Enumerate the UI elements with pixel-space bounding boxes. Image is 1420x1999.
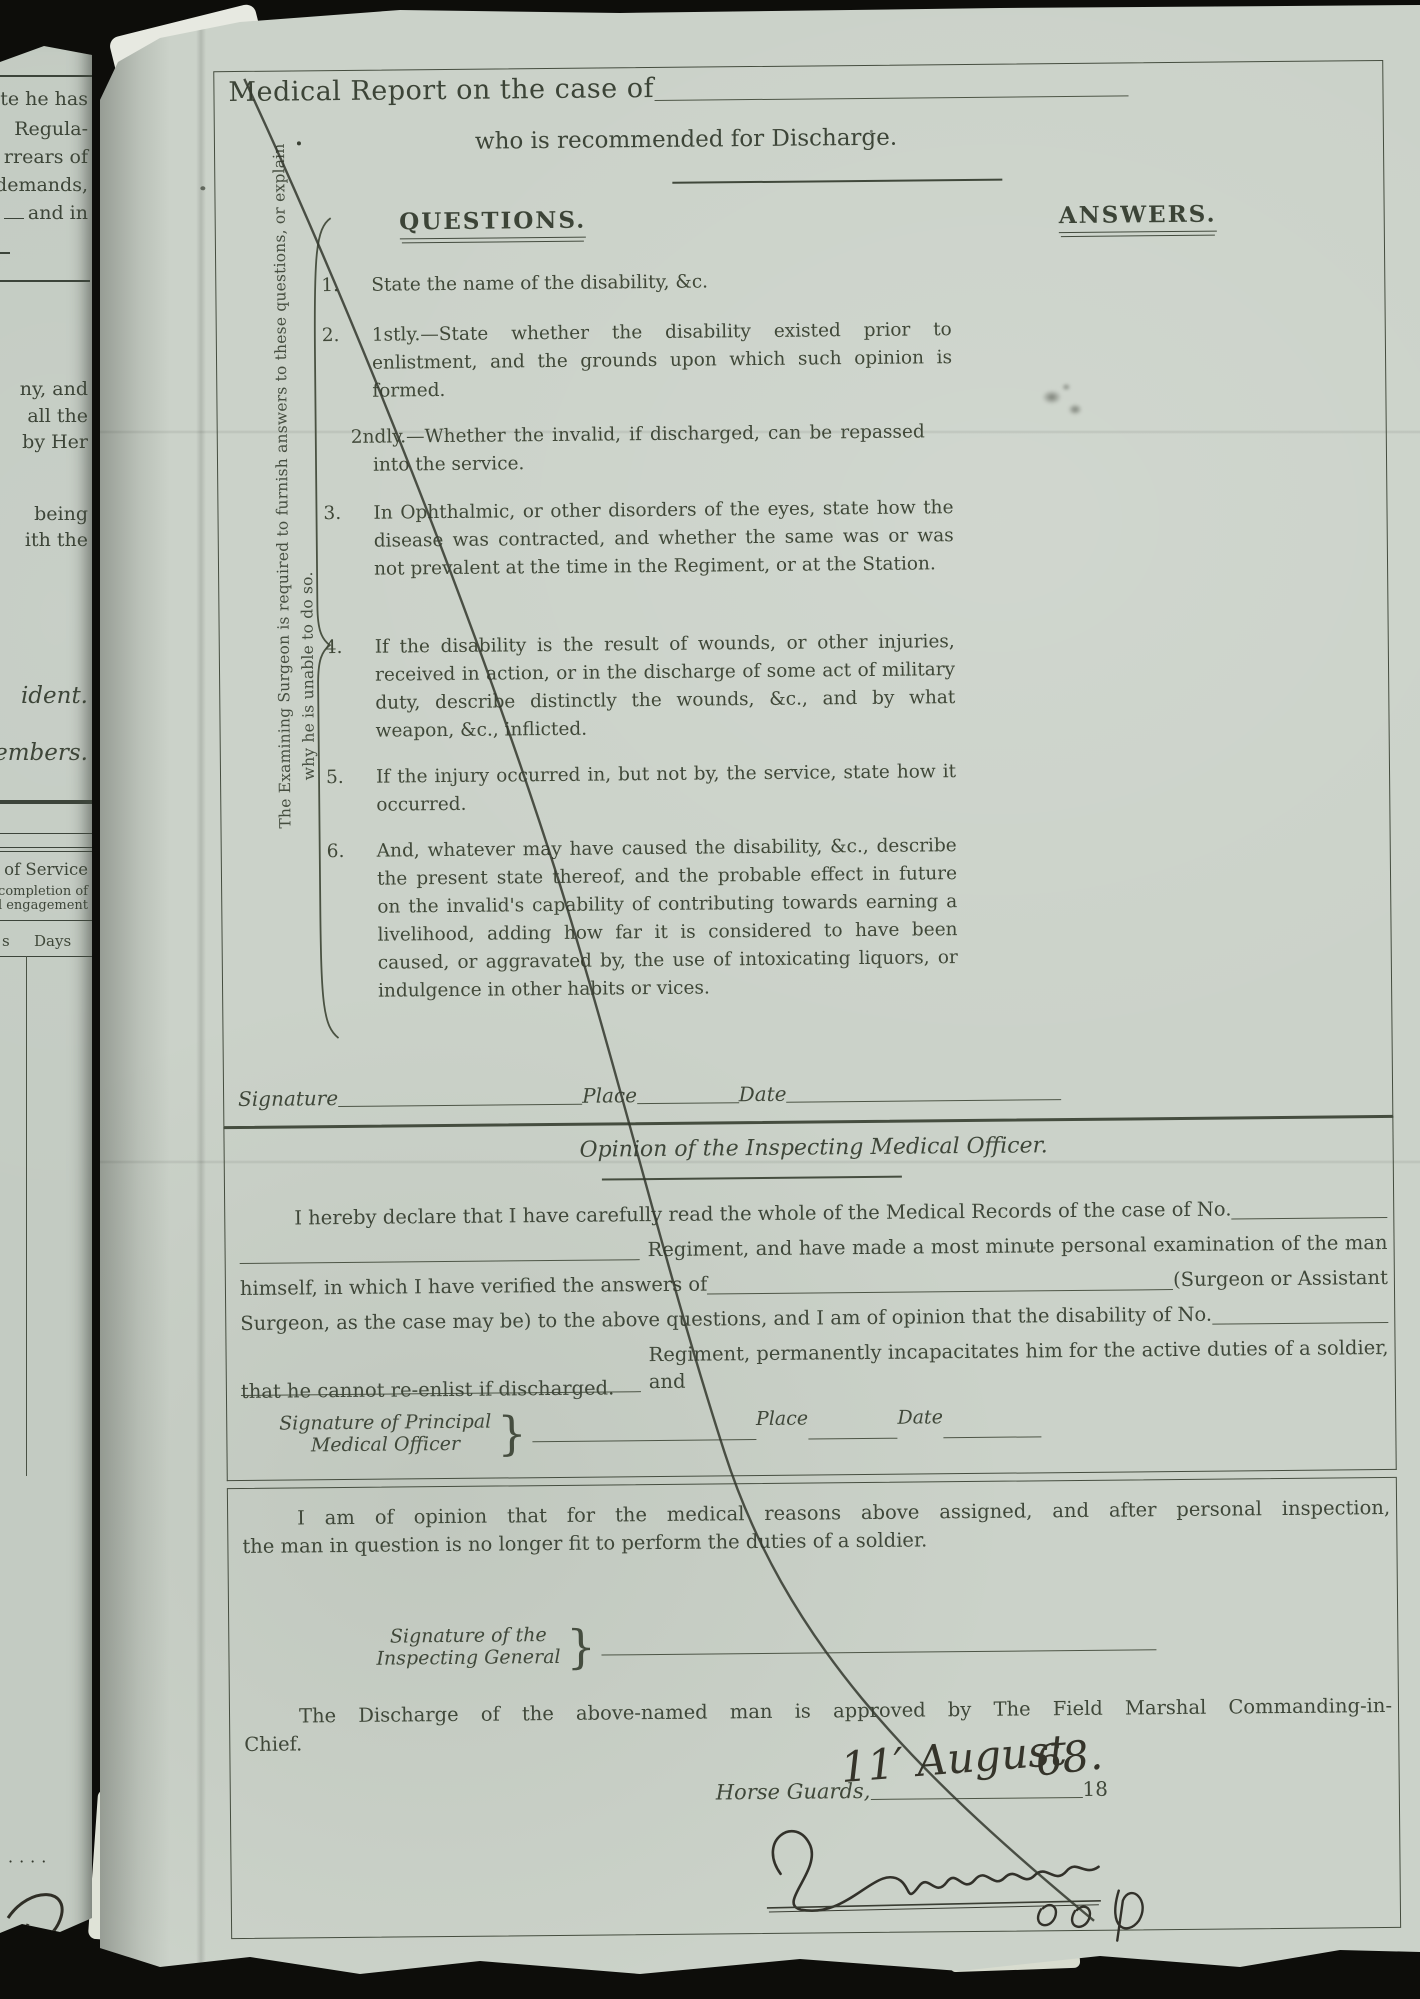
fragment-line: ith the bbox=[25, 529, 88, 551]
pmo-signature-blank bbox=[533, 1437, 756, 1442]
fragment-line: Members. bbox=[0, 740, 88, 766]
table-column-line bbox=[26, 956, 27, 1476]
fragment-line: Regula- bbox=[14, 118, 88, 140]
signature-blank-line bbox=[338, 1102, 582, 1107]
fragment-rule bbox=[0, 847, 92, 848]
left-page-fragment: te he has Regula- rrears of demands, and… bbox=[0, 40, 92, 1965]
question-item-5: 5.If the injury occurred in, but not by,… bbox=[326, 758, 957, 820]
form-title: Medical Report on the case of bbox=[228, 73, 654, 108]
fragment-line: ident. bbox=[21, 683, 88, 709]
question-number: 6. bbox=[327, 838, 377, 866]
service-table-days-header: Days bbox=[34, 932, 71, 950]
inspecting-general-blank bbox=[602, 1647, 1157, 1655]
opinion-line-3b: (Surgeon or Assistant bbox=[1173, 1264, 1388, 1293]
blank-name-line bbox=[654, 93, 1128, 101]
form-subtitle: who is recommended for Discharge. bbox=[475, 125, 897, 155]
printed-year: 18 bbox=[1082, 1777, 1108, 1801]
handwritten-initials bbox=[1027, 1882, 1168, 1945]
fragment-line: ny, and bbox=[20, 378, 88, 400]
ink-smudge bbox=[1034, 377, 1092, 428]
principal-mo-signature-label: Signature of PrincipalMedical Officer bbox=[279, 1411, 491, 1457]
case-number-blank-2 bbox=[1212, 1320, 1388, 1325]
question-number: 1. bbox=[321, 272, 371, 300]
main-page: Medical Report on the case of who is rec… bbox=[100, 0, 1420, 1999]
fragment-line: rrears of bbox=[4, 146, 88, 168]
question-number: 3. bbox=[323, 500, 373, 528]
question-item-2: 2.1stly.—State whether the disability ex… bbox=[322, 316, 953, 406]
fragment-rule bbox=[0, 851, 92, 852]
date-label: Date bbox=[739, 1082, 787, 1106]
case-number-blank bbox=[1232, 1215, 1388, 1219]
question-item-4: 4.If the disability is the result of wou… bbox=[325, 628, 956, 746]
question-item-6: 6.And, whatever may have caused the disa… bbox=[327, 832, 959, 1006]
fragment-rule bbox=[0, 956, 92, 957]
question-item-3: 3.In Ophthalmic, or other disorders of t… bbox=[323, 494, 954, 584]
approval-date-blank bbox=[870, 1795, 1082, 1800]
brace-glyph: } bbox=[566, 1624, 596, 1670]
question-number: 4. bbox=[325, 634, 375, 662]
fragment-line: s completion of bbox=[0, 884, 88, 899]
fragment-line: by Her bbox=[22, 431, 88, 453]
date-blank-line bbox=[787, 1097, 1062, 1103]
signature-label: Signature bbox=[238, 1086, 338, 1111]
fragment-rule bbox=[0, 920, 92, 921]
fragment-line: demands, bbox=[0, 174, 88, 196]
pmo-date-label: Date bbox=[897, 1406, 943, 1428]
answers-header: ANSWERS. bbox=[1059, 201, 1217, 234]
approval-line-4: Chief. bbox=[244, 1730, 302, 1758]
question-number: 2. bbox=[322, 322, 372, 350]
fragment-line: te he has bbox=[0, 88, 88, 110]
regiment-blank bbox=[240, 1257, 640, 1264]
place-label: Place bbox=[582, 1083, 637, 1108]
fragment-rule-thick bbox=[0, 800, 92, 804]
handwriting-scrawl-bottom-left bbox=[0, 1880, 90, 1990]
fragment-line: tion bbox=[4, 1945, 39, 1966]
form-content: Medical Report on the case of who is rec… bbox=[91, 0, 1420, 1999]
brace-glyph: } bbox=[497, 1410, 527, 1456]
question-number: 5. bbox=[326, 764, 376, 792]
fragment-line: l engagement bbox=[0, 898, 88, 913]
place-blank-line bbox=[637, 1100, 739, 1104]
paper-speck bbox=[870, 130, 873, 133]
paper-speck bbox=[200, 186, 205, 190]
pmo-place-label: Place bbox=[756, 1408, 808, 1430]
pmo-place-blank bbox=[808, 1436, 897, 1440]
fragment-rule bbox=[0, 280, 90, 282]
opinion-line-3a: himself, in which I have verified the an… bbox=[240, 1271, 708, 1302]
fragment-tick bbox=[0, 252, 10, 254]
question-item-2ndly: 2ndly.—Whether the invalid, if discharge… bbox=[351, 418, 926, 480]
fragment-line: being bbox=[34, 503, 88, 525]
paper-speck bbox=[297, 141, 301, 145]
fragment-line: all the bbox=[27, 405, 88, 427]
pmo-date-blank bbox=[943, 1434, 1041, 1438]
service-amount-header: nt of Service bbox=[0, 860, 88, 879]
fragment-rule bbox=[0, 75, 92, 77]
opinion-line-6: that he cannot re-enlist if discharged. bbox=[241, 1374, 615, 1405]
fragment-dots: ···· bbox=[8, 1852, 52, 1871]
fragment-rule bbox=[0, 833, 92, 834]
handwritten-year: 68. bbox=[1033, 1729, 1105, 1785]
years-column-remnant: s bbox=[2, 932, 10, 950]
fragment-line: and in bbox=[4, 202, 88, 224]
questions-header: QUESTIONS. bbox=[399, 207, 586, 240]
surgeon-name-blank bbox=[707, 1287, 1173, 1294]
inspecting-general-signature-label: Signature of theInspecting General bbox=[376, 1624, 561, 1670]
